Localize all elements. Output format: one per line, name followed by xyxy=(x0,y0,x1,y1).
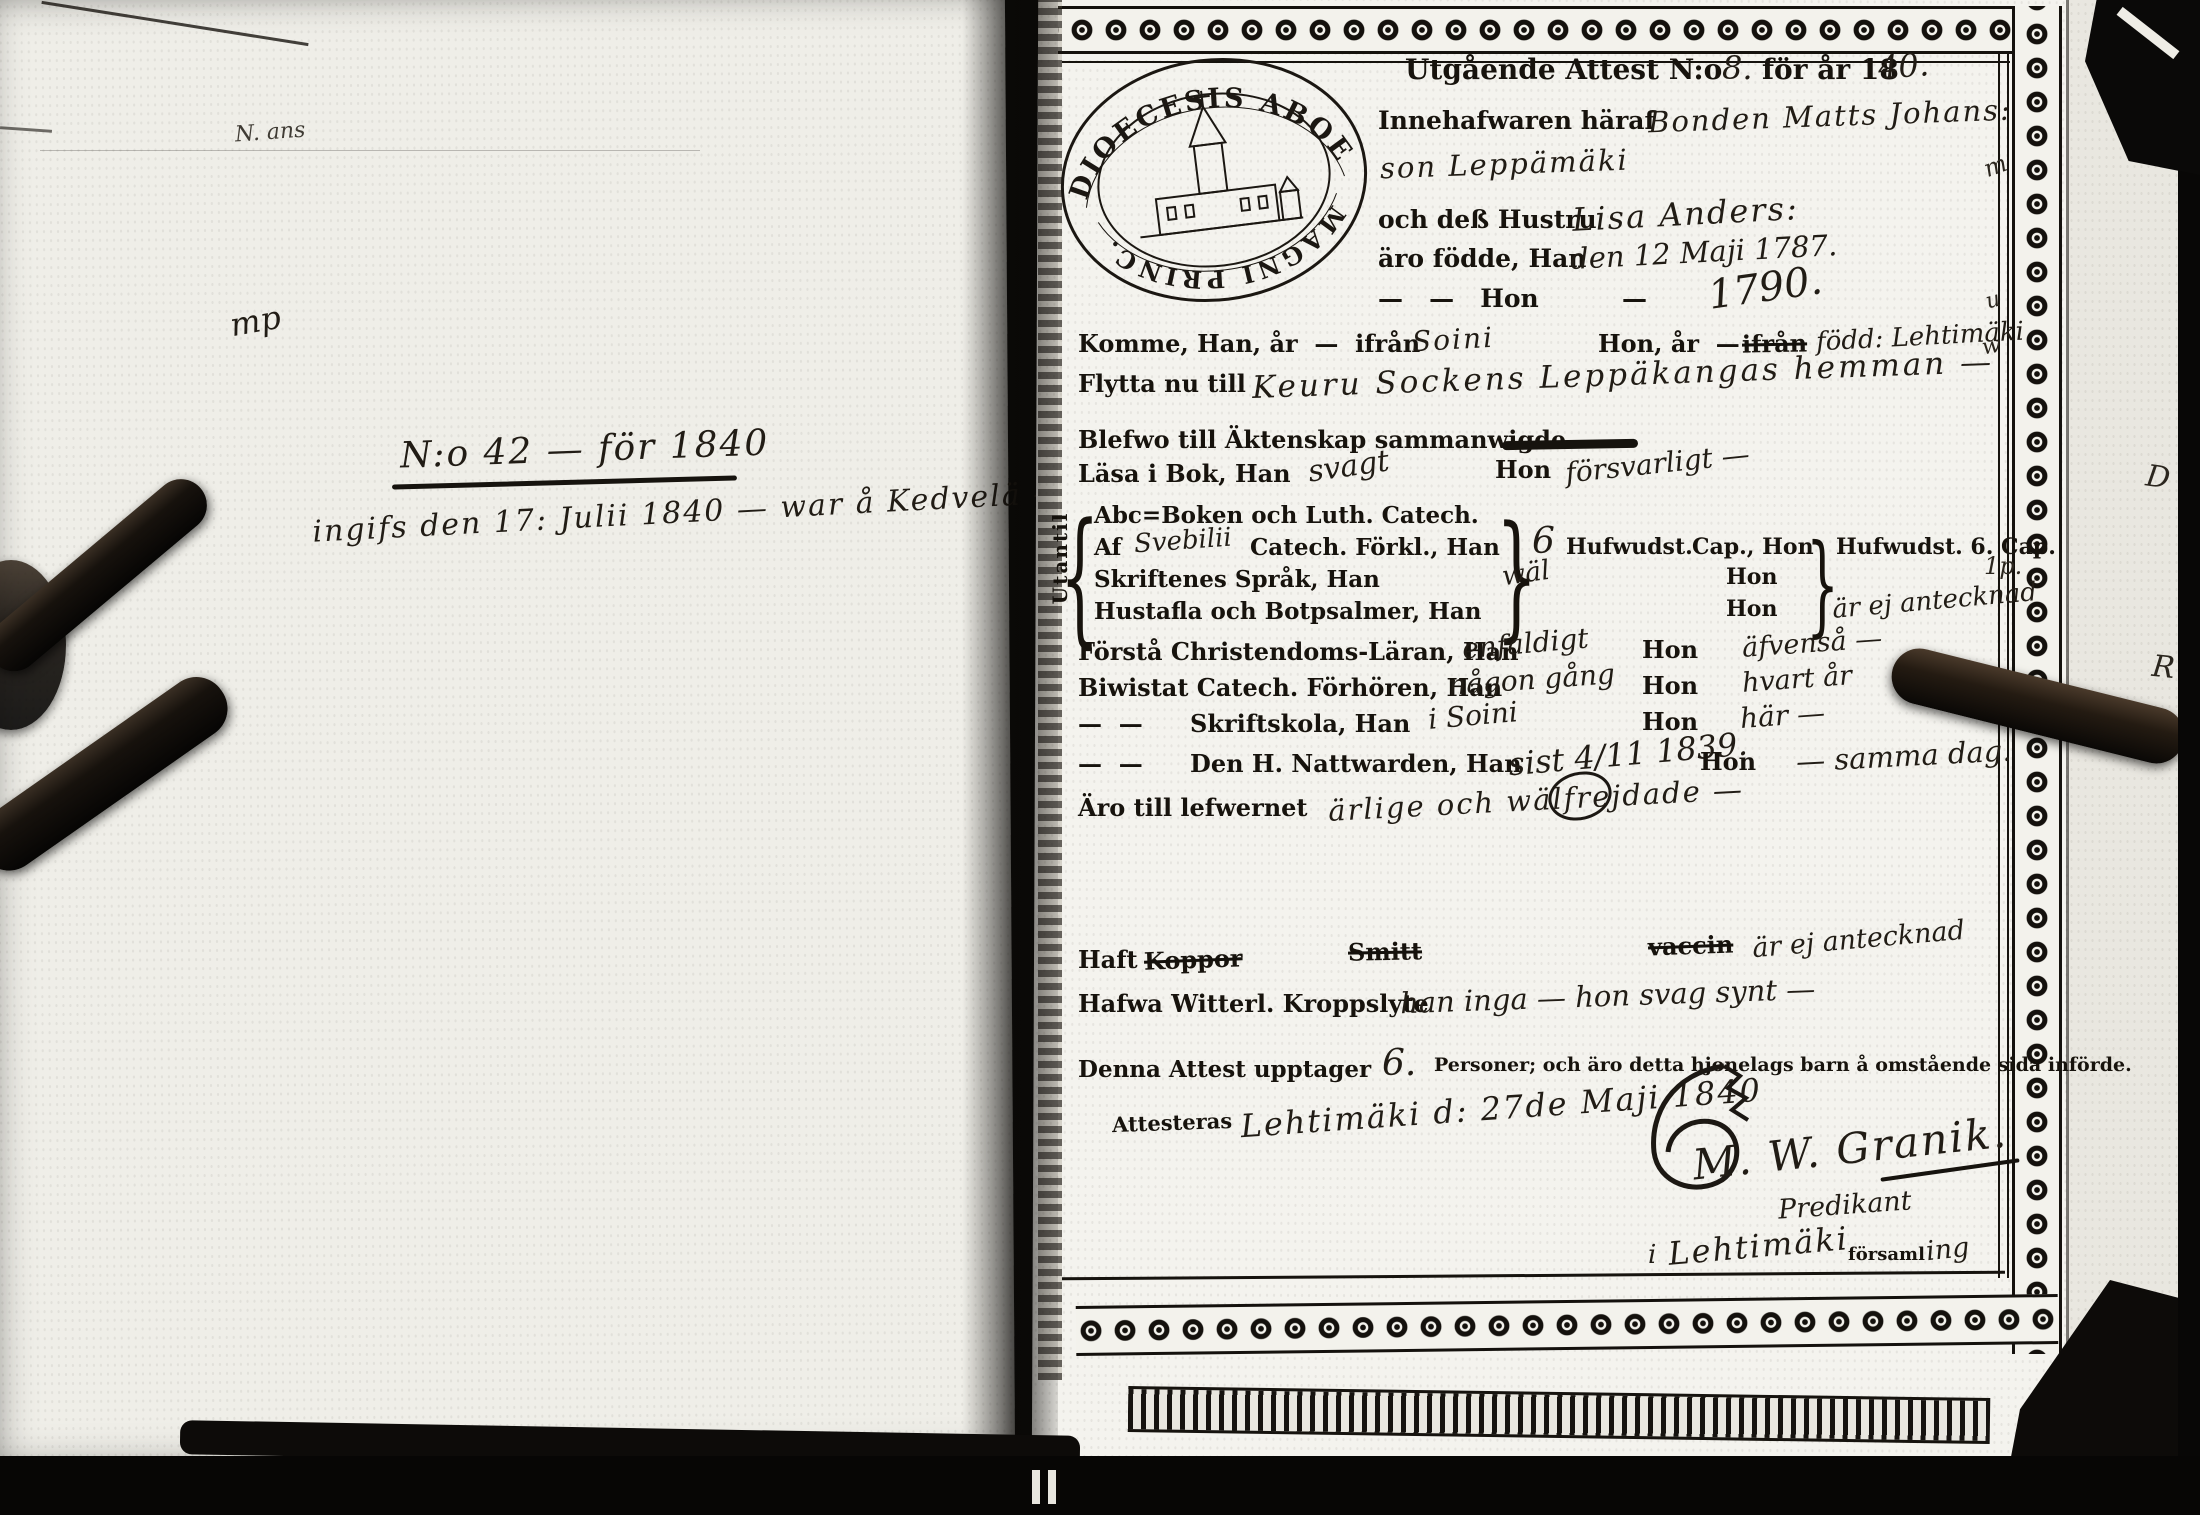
school-dashes: — — xyxy=(1078,712,1143,736)
pox-struck-smitt: Smitt xyxy=(1348,939,1422,964)
attended-hon: Hon xyxy=(1642,674,1698,698)
row-script-hon: Hon xyxy=(1726,566,1777,588)
came-value: Soini xyxy=(1411,324,1494,356)
margin-scribble: mp xyxy=(228,301,284,341)
conduct-label: Äro till lefwernet xyxy=(1078,796,1308,820)
row-hustafla-label: Hustafla och Botpsalmer, Han xyxy=(1094,600,1482,623)
row-af-hufv: Hufwudst. xyxy=(1566,536,1693,558)
holder-value-cont: son Leppämäki xyxy=(1380,146,1630,184)
count-value: 6. xyxy=(1382,1046,1416,1082)
married-label: Blefwo till Äktenskap sammanwigde xyxy=(1078,428,1566,452)
communion-hon: Hon xyxy=(1700,750,1756,774)
understand-label: Förstå Christendoms-Läran, Han xyxy=(1078,640,1519,664)
communion-dashes: — — xyxy=(1078,752,1143,776)
margin-page-note: 1p. xyxy=(1984,552,2022,580)
film-frame-mark xyxy=(1032,1470,1040,1504)
school-label: Skriftskola, Han xyxy=(1190,712,1410,736)
scan-edge-bottom xyxy=(0,1456,2200,1515)
came-label: Komme, Han, år — ifrån xyxy=(1078,332,1420,356)
attest-title: Utgående Attest N:o xyxy=(1405,56,1722,84)
row-hustafla-hon: Hon xyxy=(1726,598,1777,620)
school-value: i Soini xyxy=(1427,698,1519,734)
next-page-edge-line xyxy=(2066,0,2069,1515)
read-label: Läsa i Bok, Han xyxy=(1078,462,1291,486)
attended-hon-value: hvart år xyxy=(1741,662,1853,697)
attended-label: Biwistat Catech. Förhören, Han xyxy=(1078,676,1502,700)
attest-number: 8. xyxy=(1722,52,1753,84)
seal-arc-top-text: DIOECESIS ABOENSIS. xyxy=(1042,40,1362,211)
parish-pre: i xyxy=(1648,1242,1656,1268)
understand-hon: Hon xyxy=(1642,638,1698,662)
row-af-right: Hufwudst. 6. Cap. xyxy=(1836,536,2056,558)
born-hon-label: — — Hon xyxy=(1378,286,1539,311)
next-page-fragment: R xyxy=(2150,649,2176,686)
pox-label: Haft xyxy=(1078,948,1138,972)
count-rest: Personer; och äro detta hjonelags barn å… xyxy=(1434,1056,2132,1075)
attest-label: Attesteras xyxy=(1112,1110,1233,1135)
row-script-label: Skriftenes Språk, Han xyxy=(1094,568,1380,591)
scanned-document: N. ans mp N:o 42 — för 1840 ingifs den 1… xyxy=(0,0,2200,1515)
born-label: äro födde, Han xyxy=(1378,246,1586,271)
holder-label: Innehafwaren häraf xyxy=(1378,108,1655,133)
margin-scribble: N. ans xyxy=(234,120,306,147)
parish-printed: församl xyxy=(1848,1246,1925,1264)
move-label: Flytta nu till xyxy=(1078,372,1246,396)
row-af-cap: Cap., Hon xyxy=(1692,536,1814,558)
pox-struck-vaccin: vaccin xyxy=(1648,933,1734,960)
row-af-value: Svebilii xyxy=(1133,525,1232,558)
next-page-fragment: D xyxy=(2144,458,2173,496)
diocese-seal: DIOECESIS ABOENSIS. MAGNI PRINC. FINL. xyxy=(1042,40,1387,320)
row-script-value: wäl xyxy=(1500,557,1551,590)
scan-edge-right xyxy=(2178,0,2200,1515)
count-label: Denna Attest upptager xyxy=(1078,1058,1371,1081)
born-hon-dash: — xyxy=(1622,286,1647,311)
film-frame-mark xyxy=(1048,1470,1056,1504)
book-gutter xyxy=(962,0,1058,1515)
read-hon-label: Hon xyxy=(1495,458,1551,482)
came-hon-label: Hon, år — xyxy=(1598,332,1740,356)
row-af-rest: Catech. Förkl., Han xyxy=(1250,536,1500,559)
pox-struck-koppor: Koppor xyxy=(1144,946,1243,973)
school-hon-value: här — xyxy=(1739,699,1826,733)
svg-text:DIOECESIS ABOENSIS.: DIOECESIS ABOENSIS. xyxy=(1042,40,1362,211)
defect-label: Hafwa Witterl. Kroppslyte xyxy=(1078,992,1429,1016)
wife-label: och deß Hustru xyxy=(1378,207,1597,232)
inner-rule-right xyxy=(1998,52,2009,1278)
underlying-sheet-edge xyxy=(40,150,700,151)
communion-label: Den H. Nattwarden, Han xyxy=(1190,752,1522,776)
row-af-label: Af xyxy=(1094,536,1121,559)
row-abc: Abc=Boken och Luth. Catech. xyxy=(1094,504,1479,527)
parish-suffix: ing xyxy=(1925,1234,1971,1265)
attest-year-hand: 40. xyxy=(1877,48,1930,83)
